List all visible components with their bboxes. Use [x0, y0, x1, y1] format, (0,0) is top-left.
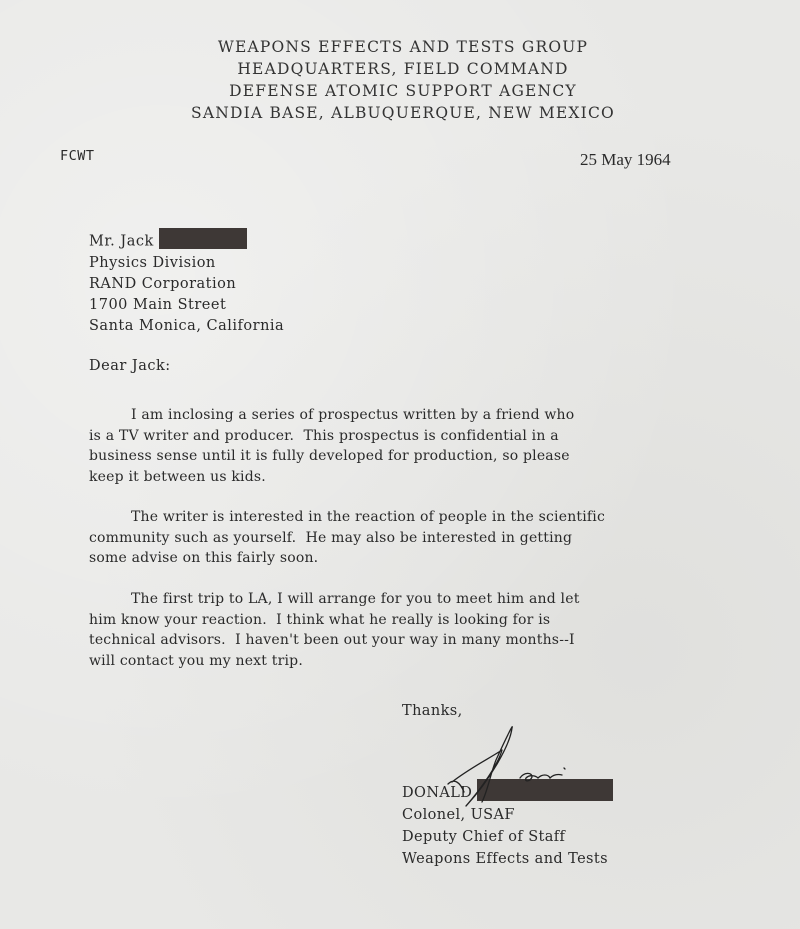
handwritten-signature-icon	[440, 720, 570, 810]
recipient-line-city: Santa Monica, California	[89, 316, 284, 337]
paragraph-2-line-1: The writer is interested in the reaction…	[89, 507, 729, 528]
signer-unit: Weapons Effects and Tests	[402, 848, 613, 870]
paragraph-2-line-3: some advise on this fairly soon.	[89, 548, 729, 569]
paragraph-1-line-4: keep it between us kids.	[89, 467, 729, 488]
letter-date: 25 May 1964	[580, 150, 671, 170]
body-paragraph-2: The writer is interested in the reaction…	[89, 507, 729, 569]
closing: Thanks,	[402, 700, 613, 722]
paragraph-3-line-1: The first trip to LA, I will arrange for…	[89, 589, 729, 610]
recipient-line-division: Physics Division	[89, 253, 284, 274]
recipient-line-street: 1700 Main Street	[89, 295, 284, 316]
salutation: Dear Jack:	[89, 358, 171, 374]
recipient-line-organization: RAND Corporation	[89, 274, 284, 295]
paragraph-2-line-2: community such as yourself. He may also …	[89, 528, 729, 549]
paragraph-3-line-2: him know your reaction. I think what he …	[89, 610, 729, 631]
letterhead-line-4: SANDIA BASE, ALBUQUERQUE, NEW MEXICO	[6, 102, 800, 124]
paragraph-3-line-4: will contact you my next trip.	[89, 651, 729, 672]
paragraph-1-line-1: I am inclosing a series of prospectus wr…	[89, 405, 729, 426]
paragraph-1-line-3: business sense until it is fully develop…	[89, 446, 729, 467]
signer-position: Deputy Chief of Staff	[402, 826, 613, 848]
recipient-name: Mr. Jack	[89, 234, 154, 250]
body-paragraph-3: The first trip to LA, I will arrange for…	[89, 589, 729, 671]
recipient-name-line: Mr. Jack	[89, 231, 284, 253]
paragraph-3-line-3: technical advisors. I haven't been out y…	[89, 630, 729, 651]
reference-code: FCWT	[60, 148, 95, 164]
recipient-address: Mr. Jack Physics Division RAND Corporati…	[89, 231, 284, 337]
letterhead-line-1: WEAPONS EFFECTS AND TESTS GROUP	[6, 36, 800, 58]
recipient-surname-redaction	[159, 228, 247, 249]
paragraph-1-line-2: is a TV writer and producer. This prospe…	[89, 426, 729, 447]
body-paragraph-1: I am inclosing a series of prospectus wr…	[89, 405, 729, 487]
letterhead-line-3: DEFENSE ATOMIC SUPPORT AGENCY	[6, 80, 800, 102]
letterhead: WEAPONS EFFECTS AND TESTS GROUP HEADQUAR…	[0, 36, 800, 124]
letterhead-line-2: HEADQUARTERS, FIELD COMMAND	[6, 58, 800, 80]
